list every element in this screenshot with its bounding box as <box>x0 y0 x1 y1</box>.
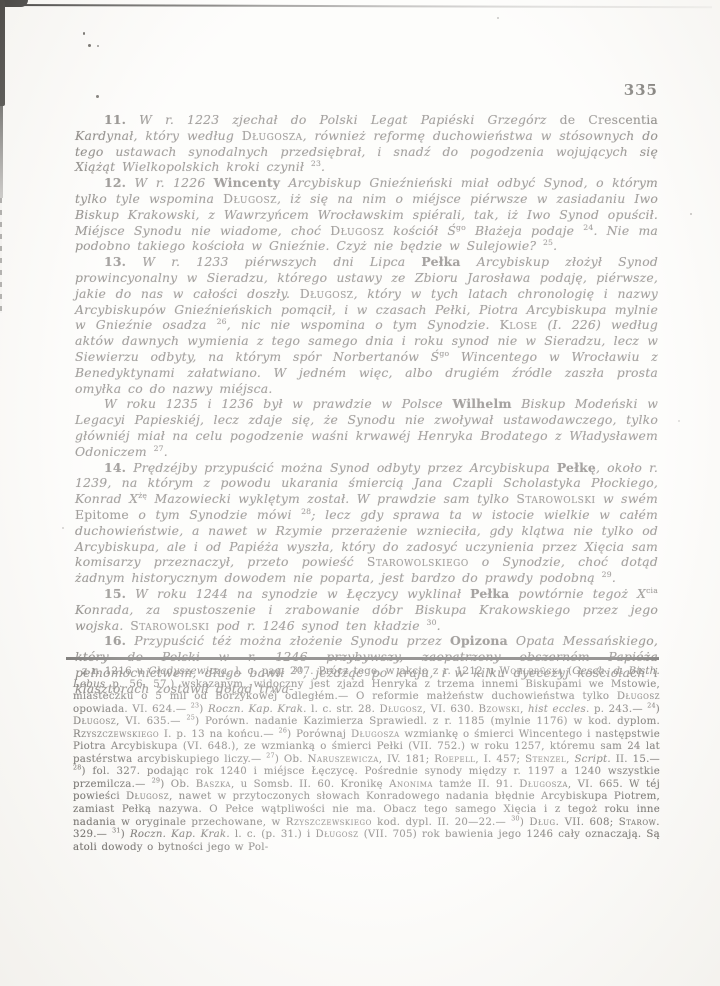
footnotes-block: z r. 1216 u Gładyszewicza, l. c. pag. 20… <box>73 666 660 854</box>
scan-artifact-left-bar <box>0 0 5 106</box>
paragraph: 14. Prędzéjby przypuścić można Synod odb… <box>75 460 658 586</box>
paragraph: 11. W r. 1223 zjechał do Polski Legat Pa… <box>75 112 658 175</box>
ink-speck <box>88 44 91 47</box>
footnote-separator-rule <box>66 657 659 660</box>
scanned-book-page: { "page": { "number": "335" }, "colors":… <box>0 0 720 986</box>
paragraph: 12. W r. 1226 Wincenty Arcybiskup Gnieźn… <box>75 175 658 254</box>
scan-artifact-left-dashes <box>0 198 2 313</box>
scan-artifact-left-fade <box>0 106 3 198</box>
paragraph: 15. W roku 1244 na synodzie w Łęczycy wy… <box>75 586 658 633</box>
page-number: 335 <box>540 81 658 99</box>
scan-artifact-top-line <box>0 4 712 8</box>
ink-speck <box>83 32 85 35</box>
ink-speck <box>62 527 64 529</box>
paragraph: W roku 1235 i 1236 był w prawdzie w Pols… <box>75 396 658 459</box>
ink-speck <box>678 420 680 422</box>
ink-speck <box>97 45 99 47</box>
main-text: 11. W r. 1223 zjechał do Polski Legat Pa… <box>75 112 658 696</box>
ink-speck <box>497 17 499 19</box>
ink-speck <box>690 213 692 215</box>
ink-speck <box>96 95 99 98</box>
paragraph: 13. W r. 1233 piérwszych dni Lipca Pełka… <box>75 254 658 396</box>
